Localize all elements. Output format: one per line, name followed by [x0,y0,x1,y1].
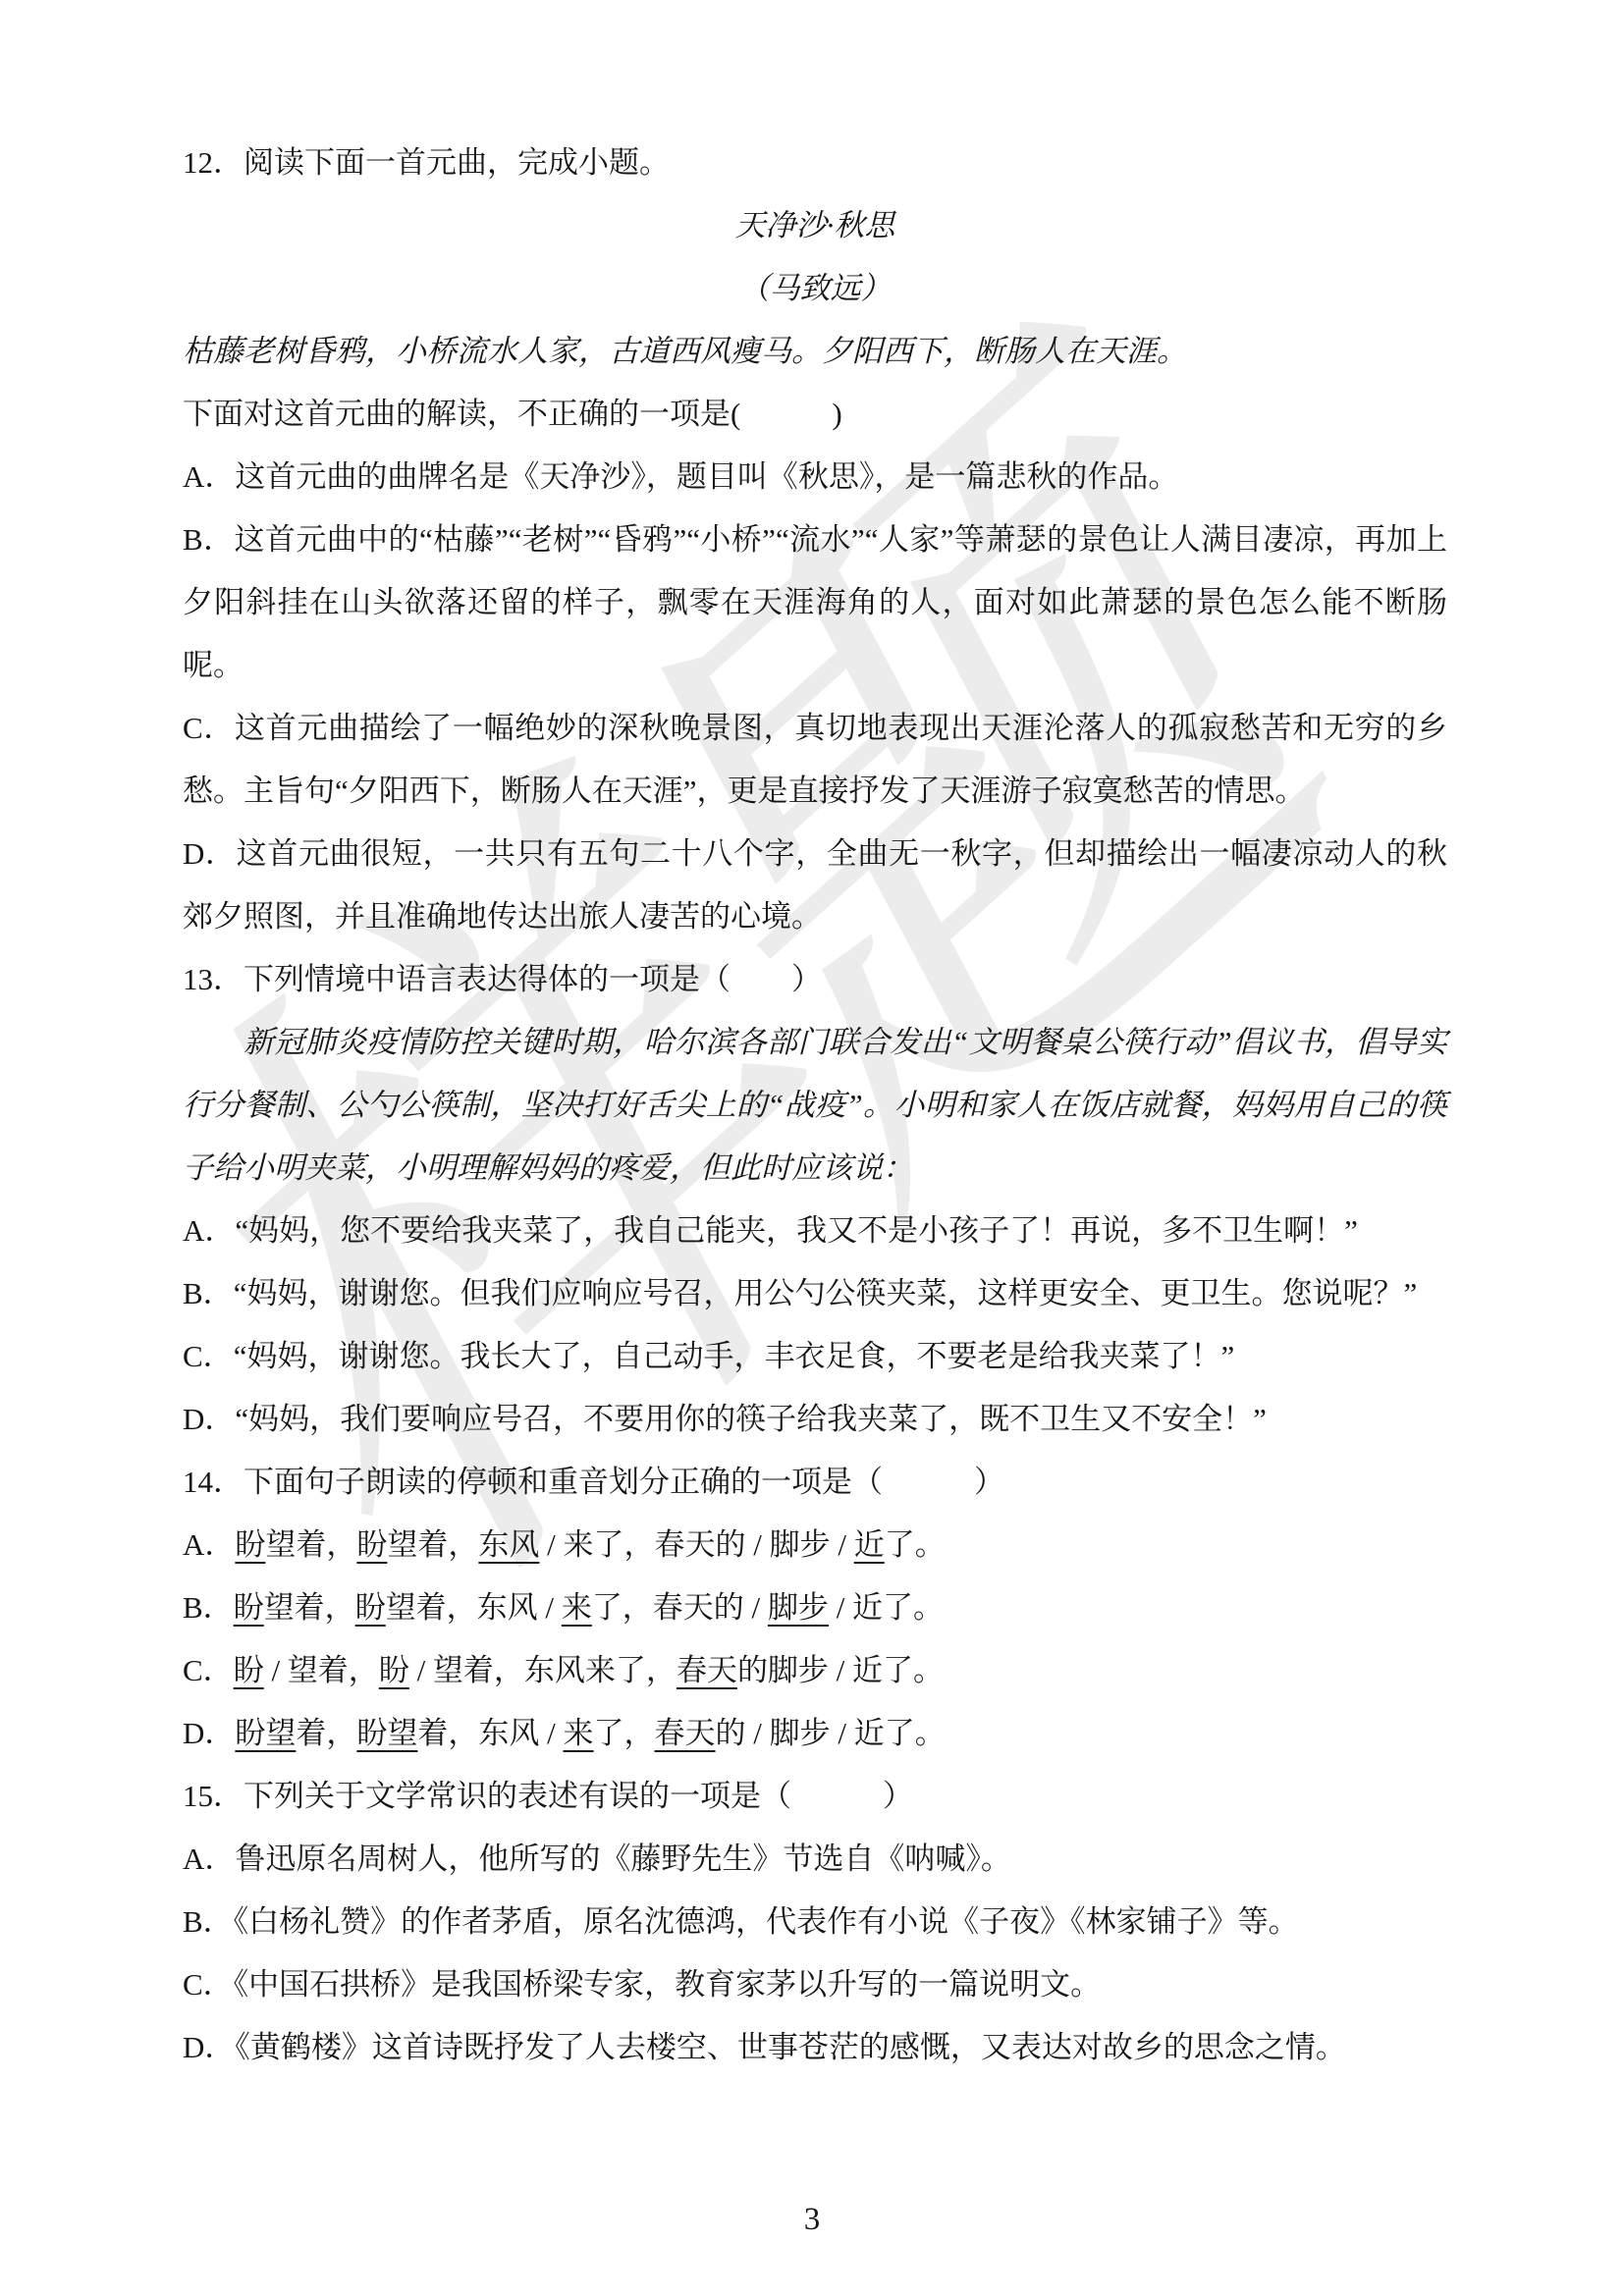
option-label: B． [183,1276,234,1310]
question-13: 13．下列情境中语言表达得体的一项是（ ） 新冠肺炎疫情防控关键时期，哈尔滨各部… [183,948,1447,1451]
option-text: 盼望着，盼望着，东风 / 来了，春天的 / 脚步 / 近了。 [234,1590,944,1625]
exam-content: 12．阅读下面一首元曲，完成小题。 天净沙·秋思 （马致远） 枯藤老树昏鸦，小桥… [183,132,1447,2079]
option-label: C． [183,711,235,745]
option-label: B． [183,1590,234,1625]
option-label: A． [183,1527,235,1562]
option-text: 这首元曲的曲牌名是《天净沙》，题目叫《秋思》，是一篇悲秋的作品。 [235,459,1178,494]
question-13-passage: 新冠肺炎疫情防控关键时期，哈尔滨各部门联合发出“文明餐桌公筷行动”倡议书，倡导实… [183,1011,1447,1200]
question-15: 15．下列关于文学常识的表述有误的一项是（ ） A．鲁迅原名周树人，他所写的《藤… [183,1765,1447,2079]
option-text: “妈妈，谢谢您。我长大了，自己动手，丰衣足食，不要老是给我夹菜了！” [234,1339,1235,1373]
question-14-option-a: A．盼望着，盼望着，东风 / 来了，春天的 / 脚步 / 近了。 [183,1514,1447,1576]
question-15-option-b: B．《白杨礼赞》的作者茅盾，原名沈德鸿，代表作有小说《子夜》《林家铺子》等。 [183,1891,1447,1953]
option-label: D． [183,1402,235,1436]
question-12-option-d: D．这首元曲很短，一共只有五句二十八个字，全曲无一秋字，但却描绘出一幅凄凉动人的… [183,823,1447,948]
option-label: C． [183,1967,234,2002]
option-text: 这首元曲描绘了一幅绝妙的深秋晚景图，真切地表现出天涯沦落人的孤寂愁苦和无穷的乡愁… [183,711,1447,808]
option-label: A． [183,1213,235,1248]
option-label: A． [183,1842,235,1876]
option-text: 这首元曲很短，一共只有五句二十八个字，全曲无一秋字，但却描绘出一幅凄凉动人的秋郊… [183,836,1447,934]
question-13-option-b: B．“妈妈，谢谢您。但我们应响应号召，用公勺公筷夹菜，这样更安全、更卫生。您说呢… [183,1262,1447,1325]
option-text: “妈妈，我们要响应号召，不要用你的筷子给我夹菜了，既不卫生又不安全！” [235,1402,1267,1436]
poem-title: 天净沙·秋思 [183,194,1447,257]
question-14-option-c: C．盼 / 望着，盼 / 望着，东风来了，春天的脚步 / 近了。 [183,1639,1447,1702]
option-text: “妈妈，您不要给我夹菜了，我自己能夹，我又不是小孩子了！再说，多不卫生啊！” [235,1213,1358,1248]
option-text: 《中国石拱桥》是我国桥梁专家，教育家茅以升写的一篇说明文。 [234,1967,1102,2002]
option-text: 《黄鹤楼》这首诗既抒发了人去楼空、世事苍茫的感慨，又表达对故乡的思念之情。 [235,2030,1346,2064]
question-13-option-d: D．“妈妈，我们要响应号召，不要用你的筷子给我夹菜了，既不卫生又不安全！” [183,1388,1447,1451]
question-12: 12．阅读下面一首元曲，完成小题。 天净沙·秋思 （马致远） 枯藤老树昏鸦，小桥… [183,132,1447,948]
page-number: 3 [0,2200,1624,2239]
question-13-option-a: A．“妈妈，您不要给我夹菜了，我自己能夹，我又不是小孩子了！再说，多不卫生啊！” [183,1200,1447,1262]
question-13-stem: 13．下列情境中语言表达得体的一项是（ ） [183,948,1447,1011]
question-14-option-d: D．盼望着，盼望着，东风 / 来了，春天的 / 脚步 / 近了。 [183,1702,1447,1765]
option-label: C． [183,1339,234,1373]
question-12-option-b: B．这首元曲中的“枯藤”“老树”“昏鸦”“小桥”“流水”“人家”等萧瑟的景色让人… [183,508,1447,697]
option-text: “妈妈，谢谢您。但我们应响应号召，用公勺公筷夹菜，这样更安全、更卫生。您说呢？” [234,1276,1418,1310]
option-label: D． [183,2030,235,2064]
question-12-option-c: C．这首元曲描绘了一幅绝妙的深秋晚景图，真切地表现出天涯沦落人的孤寂愁苦和无穷的… [183,697,1447,823]
option-text: 《白杨礼赞》的作者茅盾，原名沈德鸿，代表作有小说《子夜》《林家铺子》等。 [234,1904,1299,1939]
option-text: 盼 / 望着，盼 / 望着，东风来了，春天的脚步 / 近了。 [234,1653,944,1687]
question-14-option-b: B．盼望着，盼望着，东风 / 来了，春天的 / 脚步 / 近了。 [183,1576,1447,1639]
question-14: 14．下面句子朗读的停顿和重音划分正确的一项是（ ） A．盼望着，盼望着，东风 … [183,1451,1447,1765]
option-label: B． [183,522,235,557]
exam-page: 样题 12．阅读下面一首元曲，完成小题。 天净沙·秋思 （马致远） 枯藤老树昏鸦… [0,0,1624,2296]
question-15-option-c: C．《中国石拱桥》是我国桥梁专家，教育家茅以升写的一篇说明文。 [183,1953,1447,2016]
question-15-stem: 15．下列关于文学常识的表述有误的一项是（ ） [183,1765,1447,1828]
question-12-stem: 12．阅读下面一首元曲，完成小题。 [183,132,1447,194]
question-15-option-a: A．鲁迅原名周树人，他所写的《藤野先生》节选自《呐喊》。 [183,1828,1447,1891]
option-label: B． [183,1904,234,1939]
option-label: C． [183,1653,234,1687]
poem-text: 枯藤老树昏鸦，小桥流水人家，古道西风瘦马。夕阳西下，断肠人在天涯。 [183,320,1447,383]
question-14-stem: 14．下面句子朗读的停顿和重音划分正确的一项是（ ） [183,1451,1447,1514]
poem-author: （马致远） [183,257,1447,320]
option-label: D． [183,836,237,871]
option-text: 这首元曲中的“枯藤”“老树”“昏鸦”“小桥”“流水”“人家”等萧瑟的景色让人满目… [183,522,1447,682]
option-text: 盼望着，盼望着，东风 / 来了，春天的 / 脚步 / 近了。 [235,1527,945,1562]
question-13-option-c: C．“妈妈，谢谢您。我长大了，自己动手，丰衣足食，不要老是给我夹菜了！” [183,1325,1447,1388]
option-label: A． [183,459,235,494]
question-12-prompt: 下面对这首元曲的解读，不正确的一项是( ) [183,383,1447,446]
question-15-option-d: D．《黄鹤楼》这首诗既抒发了人去楼空、世事苍茫的感慨，又表达对故乡的思念之情。 [183,2016,1447,2079]
question-12-option-a: A．这首元曲的曲牌名是《天净沙》，题目叫《秋思》，是一篇悲秋的作品。 [183,446,1447,508]
option-text: 鲁迅原名周树人，他所写的《藤野先生》节选自《呐喊》。 [235,1842,1011,1876]
option-label: D． [183,1716,235,1750]
option-text: 盼望着，盼望着，东风 / 来了，春天的 / 脚步 / 近了。 [235,1716,945,1750]
